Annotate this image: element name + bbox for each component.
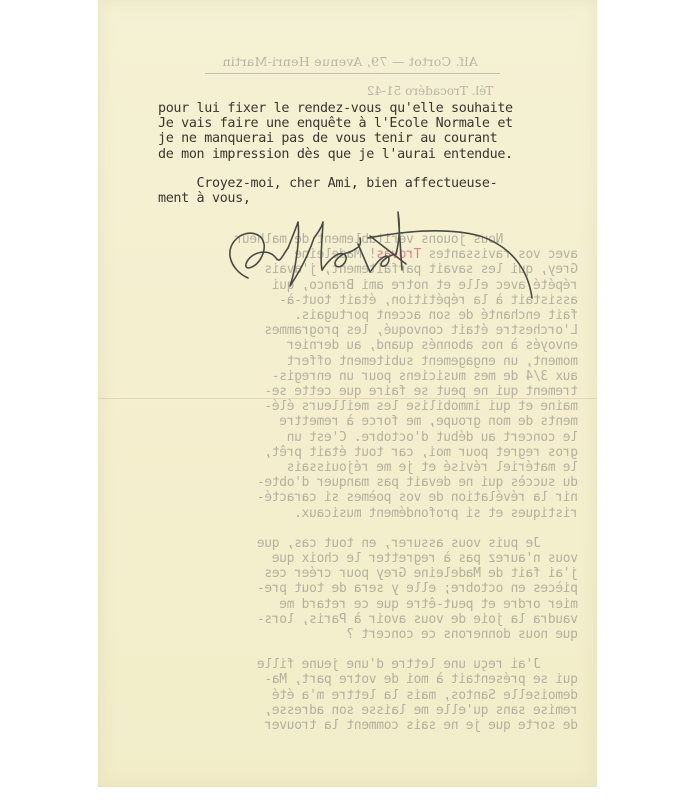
show-through-line: mier ordre et peut-être que ce retard me xyxy=(158,597,578,612)
show-through-line: J'ai reçu une lettre d'une jeune fille xyxy=(158,657,578,672)
show-through-line: de sorte que je ne sais comment la trouv… xyxy=(158,718,578,733)
show-through-paragraph: J'ai reçu une lettre d'une jeune fillequ… xyxy=(158,657,578,733)
letter-body: pour lui fixer le rendez-vous qu'elle so… xyxy=(158,101,513,162)
show-through-line: qui se présentait à moi de votre part, M… xyxy=(158,672,578,687)
show-through-line: le matériel révisé et je me réjouissais xyxy=(158,460,578,475)
show-through-line: Je puis vous assurer, en tout cas, que xyxy=(158,536,578,551)
show-through-line: que nous donnerons ce concert ? xyxy=(158,627,578,642)
show-through-line: L'orchestre était convoqué, les programm… xyxy=(158,323,578,338)
body-line: de mon impression dès que je l'aurai ent… xyxy=(158,147,513,162)
closing-line: Croyez-moi, cher Ami, bien affectueuse- xyxy=(158,176,497,191)
show-through-line: le concert au début d'octobre. C'est un xyxy=(158,430,578,445)
letterhead-phone: Tél. Trocadéro 51-42 xyxy=(80,84,700,98)
body-line: je ne manquerai pas de vous tenir au cou… xyxy=(158,131,513,146)
letter-closing: Croyez-moi, cher Ami, bien affectueuse-m… xyxy=(158,176,497,206)
show-through-line: trement qui ne peut se faire que cette s… xyxy=(158,384,578,399)
signature xyxy=(210,208,590,318)
show-through-line: vaudra la joie de vous avoir à Paris, lo… xyxy=(158,612,578,627)
letterhead-address: Alf. Cortot — 79, Avenue Henri-Martin xyxy=(0,54,700,69)
show-through-line: remise sans qu'elle me laisse son adress… xyxy=(158,703,578,718)
body-line: Je vais faire une enquête à l'Ecole Norm… xyxy=(158,116,513,131)
show-through-line: aux 3/4 de mes musiciens pour un enregis… xyxy=(158,369,578,384)
show-through-line: j'ai fait de Madeleine Grey pour créer c… xyxy=(158,566,578,581)
show-through-line: ristiques et si profondément musicaux. xyxy=(158,506,578,521)
letterhead-rule xyxy=(205,73,500,74)
show-through-line: nir la révélation de vos poèmes si carac… xyxy=(158,490,578,505)
show-through-line: moment, un engagement subitement offert xyxy=(158,354,578,369)
show-through-line: demoiselle Santos, mais la lettre m'a ét… xyxy=(158,688,578,703)
show-through-paragraph: Je puis vous assurer, en tout cas, quevo… xyxy=(158,536,578,642)
show-through-line: du succès qui ne devait pas manquer d'ob… xyxy=(158,475,578,490)
show-through-line: envoyés à nos abonnés quand, au dernier xyxy=(158,338,578,353)
show-through-line: gros regret pour moi, car tout était prê… xyxy=(158,445,578,460)
show-through-line: vous n'aurez pas à regretter le choix qu… xyxy=(158,551,578,566)
closing-line: ment à vous, xyxy=(158,191,497,206)
show-through-line: ments de mon groupe, me force à remettre xyxy=(158,414,578,429)
show-through-line: maine et qui immobilise les meilleurs él… xyxy=(158,399,578,414)
body-line: pour lui fixer le rendez-vous qu'elle so… xyxy=(158,101,513,116)
show-through-line: pièces en octobre; elle y sera de tout p… xyxy=(158,581,578,596)
